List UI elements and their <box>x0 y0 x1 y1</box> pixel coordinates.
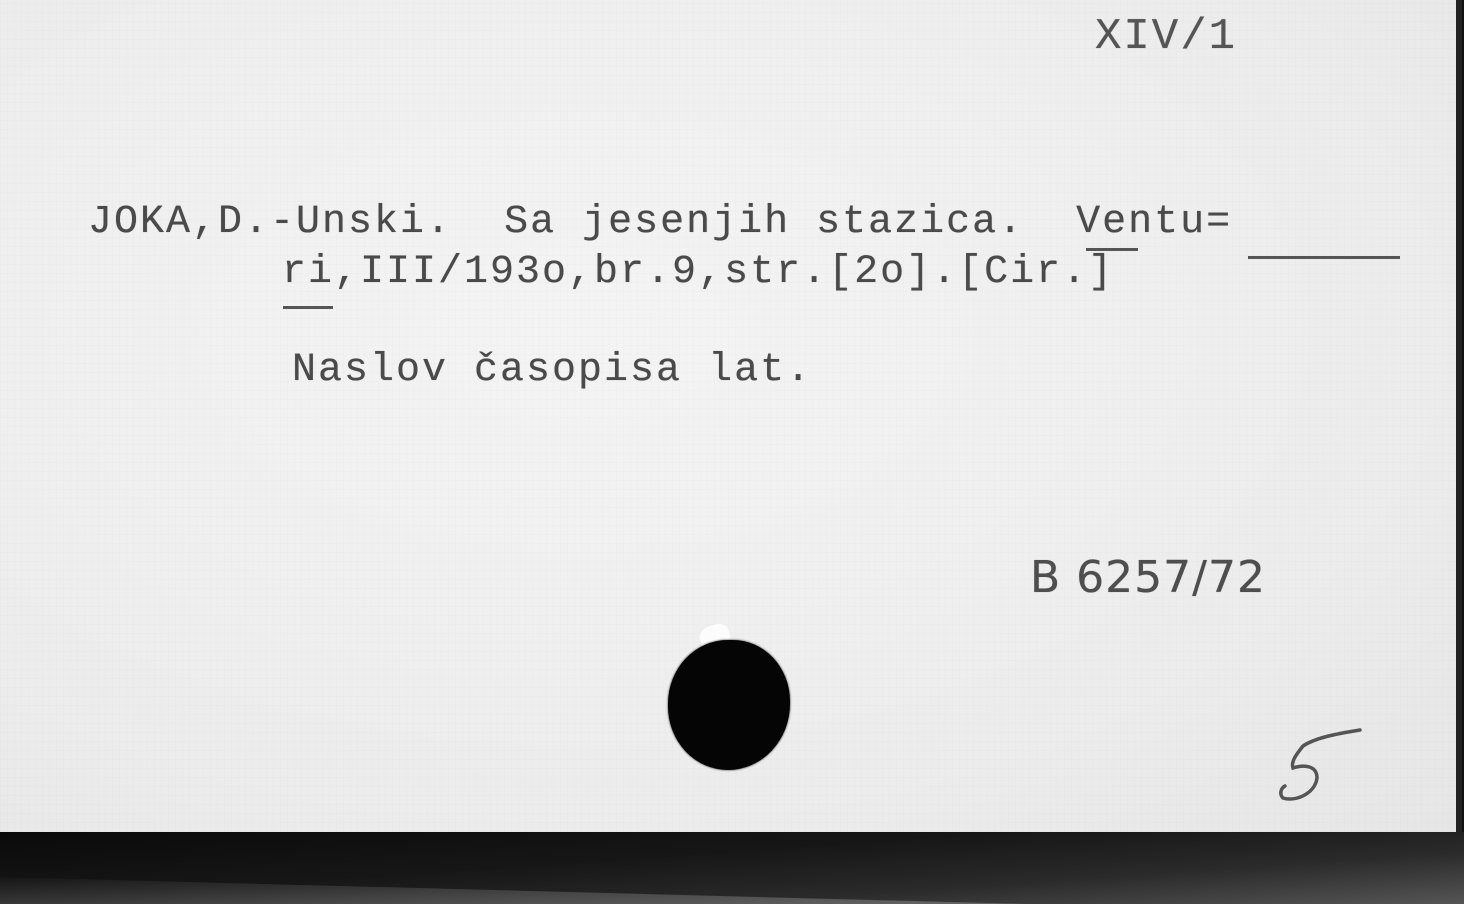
accession-number: B 6257/72 <box>1030 552 1266 603</box>
entry-line-1: JOKA,D.-Unski. Sa jesenjih stazica. Vent… <box>88 200 1232 245</box>
catalog-card: XIV/1 JOKA,D.-Unski. Sa jesenjih stazica… <box>0 0 1462 832</box>
punch-hole <box>668 640 790 770</box>
handwritten-five-icon <box>1265 720 1375 810</box>
shelfmark: XIV/1 <box>1095 12 1237 62</box>
scan-stage: XIV/1 JOKA,D.-Unski. Sa jesenjih stazica… <box>0 0 1464 904</box>
scanner-bottom-edge <box>0 832 1464 904</box>
entry-line-2: ri,III/193o,br.9,str.[2o].[Cir.] <box>282 250 1114 295</box>
entry-note: Naslov časopisa lat. <box>292 348 812 393</box>
underline-ri <box>283 306 333 309</box>
underline-stazica <box>1086 248 1138 251</box>
underline-venturi <box>1248 256 1400 259</box>
